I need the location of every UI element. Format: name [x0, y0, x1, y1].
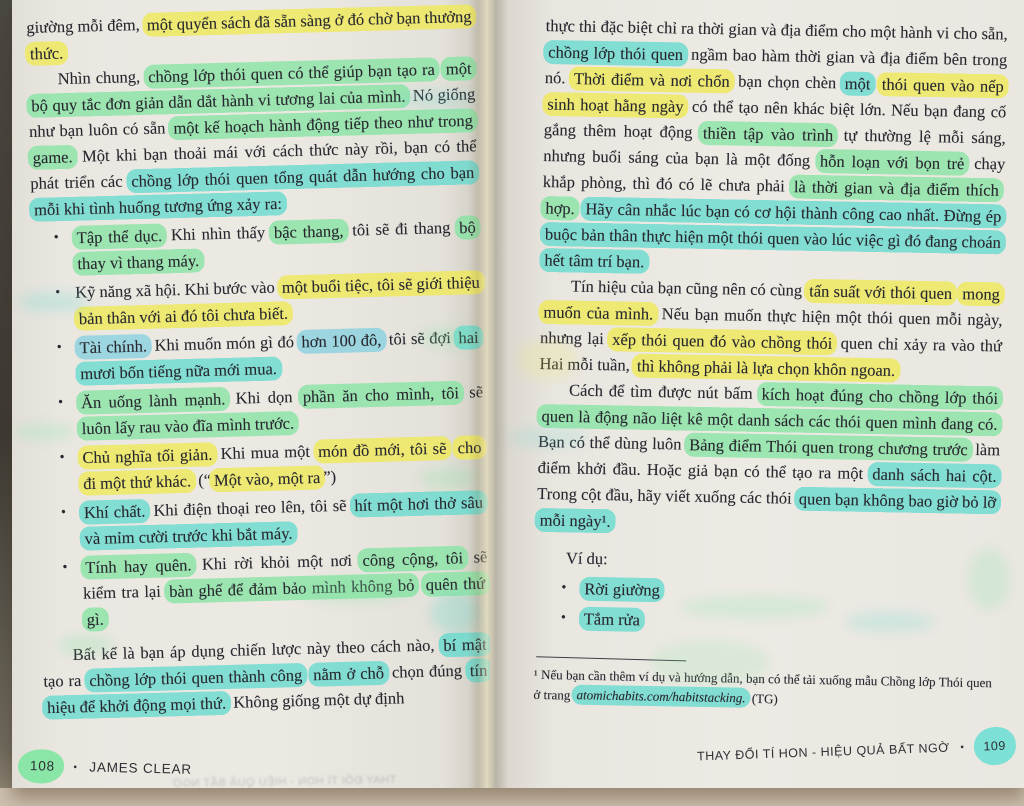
highlighted-text: xếp thói quen đó vào chồng thói: [607, 327, 838, 355]
footer-separator-dot: •: [73, 762, 78, 773]
highlighted-text: Chủ nghĩa tối giản.: [77, 442, 217, 470]
highlighted-text: hỗn loạn với bọn trẻ: [815, 148, 970, 175]
right-page-text: thực thi đặc biệt chỉ ra thời gian và đị…: [535, 13, 1008, 639]
bullet-dot: •: [54, 225, 60, 277]
highlighted-text: chồng lớp thói quen: [543, 39, 688, 66]
text-run: ”): [323, 467, 336, 486]
text-run: Bất kể là bạn áp dụng chiến lược này the…: [73, 635, 441, 664]
highlighted-text: hơn 100 đô,: [296, 327, 386, 353]
bullet-dot: •: [56, 335, 62, 387]
paragraph: Ví dụ:: [536, 545, 998, 579]
text-run: tạo ra: [43, 671, 86, 691]
bullet-text: Tắm rửa: [581, 606, 998, 640]
paragraph: ¹ Nếu bạn cần thêm ví dụ và hướng dẫn, b…: [533, 665, 992, 712]
bullet-dot: •: [55, 280, 61, 332]
text-run: Khi muốn món gì đó: [150, 332, 299, 355]
highlighted-text: bàn ghế để đảm bảo mình không bỏ: [164, 572, 420, 603]
text-run: (TG): [748, 690, 778, 706]
text-run: chọn đúng: [387, 661, 467, 682]
bullet-item: •Rời giường: [535, 575, 997, 609]
paragraph: Cách để tìm được nút bấm kích hoạt đúng …: [536, 377, 1001, 541]
highlighted-text: Tắm rửa: [579, 606, 646, 631]
bullet-dot: •: [561, 575, 566, 601]
bullet-item: •Tập thể dục. Khi nhìn thấy bậc thang, t…: [32, 214, 480, 278]
left-page-footer: 108 • JAMES CLEAR: [28, 758, 192, 777]
text-run: Khi nhìn thấy: [165, 223, 271, 245]
bullet-dot: •: [58, 390, 64, 442]
highlighted-text: bậc thang,: [269, 218, 349, 244]
right-footer-label: THAY ĐỔI TÍ HON - HIỆU QUẢ BẤT NGỜ: [697, 741, 950, 764]
highlighted-text: thì không phải là lựa chọn khôn ngoan.: [632, 353, 901, 382]
bullet-text: Tài chính. Khi muốn món gì đó hơn 100 đô…: [76, 324, 482, 387]
text-run: tôi sẽ đợi: [384, 328, 456, 349]
text-run: Khi mua một: [215, 442, 315, 464]
right-page-number: 109: [973, 726, 1017, 765]
text-run: sẽ: [462, 382, 484, 402]
highlighted-text: Khí chất.: [79, 498, 151, 524]
text-run: giường mỗi đêm,: [26, 15, 144, 37]
text-run: bạn chọn chèn: [733, 71, 842, 92]
text-run: Khi điện thoại reo lên, tôi sẽ: [148, 496, 352, 520]
bullet-text: Kỹ năng xã hội. Khi bước vào một buổi ti…: [75, 269, 481, 332]
bullet-dot: •: [61, 500, 67, 552]
highlighted-text: Tập thể dục.: [71, 223, 167, 249]
paragraph: Bất kể là bạn áp dụng chiến lược này the…: [42, 631, 490, 721]
bullet-text: Chủ nghĩa tối giản. Khi mua một món đồ m…: [79, 434, 485, 497]
highlighted-text: nằm ở chỗ: [308, 660, 389, 686]
highlighted-text: Ăn uống lành mạnh.: [76, 386, 231, 414]
bullet-item: •Kỹ năng xã hội. Khi bước vào một buổi t…: [33, 269, 481, 333]
highlighted-text: Rời giường: [579, 576, 665, 602]
bullet-text: Khí chất. Khi điện thoại reo lên, tôi sẽ…: [81, 489, 487, 552]
highlighted-text: một: [840, 71, 876, 96]
footnote-separator: [536, 656, 686, 661]
highlighted-text: Bảng điểm Thói quen trong chương trước: [684, 432, 973, 461]
paragraph: thực thi đặc biệt chỉ ra thời gian và đị…: [541, 13, 1008, 281]
bullet-item: •Ăn uống lành mạnh. Khi dọn phần ăn cho …: [36, 379, 484, 443]
bullet-dot: •: [62, 555, 69, 633]
highlighted-text: món đồ mới, tôi sẽ: [313, 436, 452, 464]
highlighted-text: tấn suất với thói quen: [804, 278, 957, 305]
bullet-text: Tập thể dục. Khi nhìn thấy bậc thang, tô…: [73, 214, 479, 277]
bullet-text: Rời giường: [581, 576, 998, 610]
showthrough-footer-text: THAY ĐỔI TÍ HON - HIỆU QUẢ BẤT NGỜ: [172, 774, 396, 788]
bullet-text: Ăn uống lành mạnh. Khi dọn phần ăn cho m…: [78, 379, 484, 442]
left-page-text: giường mỗi đêm, một quyển sách đã sẵn sà…: [26, 3, 490, 720]
page-right: thực thi đặc biệt chỉ ra thời gian và đị…: [490, 0, 1024, 788]
bullet-dot: •: [59, 445, 65, 497]
highlighted-text: thiền tập vào trình: [698, 120, 839, 147]
text-run: Bạn có thể dùng luôn: [538, 432, 686, 454]
text-run: Khi rời khỏi một nơi: [194, 550, 359, 573]
text-run: Không giống một dự định: [229, 688, 405, 712]
paragraph: Tín hiệu của bạn cũng nên có cùng tấn su…: [539, 273, 1003, 385]
bullet-dot: •: [561, 605, 566, 631]
highlighted-text: phần ăn cho mình, tôi: [297, 380, 464, 408]
highlighted-text: Tính hay quên.: [80, 552, 197, 579]
highlighted-text: danh sách hai cột.: [867, 461, 1002, 487]
text-run: Kỹ năng xã hội. Khi bước vào: [75, 277, 279, 301]
left-page-number: 108: [18, 749, 65, 784]
bullet-item: •Khí chất. Khi điện thoại reo lên, tôi s…: [39, 489, 487, 553]
highlighted-text: Một vào, một ra: [209, 465, 326, 492]
highlighted-text: Tài chính.: [74, 333, 152, 359]
open-book: giường mỗi đêm, một quyển sách đã sẵn sà…: [12, 0, 1024, 788]
right-page-content: thực thi đặc biệt chỉ ra thời gian và đị…: [533, 13, 1008, 712]
footnote: ¹ Nếu bạn cần thêm ví dụ và hướng dẫn, b…: [533, 665, 992, 712]
text-run: Cách để tìm được nút bấm: [569, 380, 759, 402]
text-run: Khi dọn: [228, 387, 300, 408]
left-footer-label: JAMES CLEAR: [89, 760, 192, 777]
highlighted-text: công cộng, tôi: [357, 545, 468, 572]
text-run: Nhìn chung,: [57, 67, 145, 88]
text-run: Ví dụ:: [566, 548, 608, 568]
highlighted-text: atomichabits.com/habitstacking.: [571, 685, 750, 708]
text-run: Tín hiệu của bạn cũng nên có cùng: [571, 277, 807, 300]
text-run: tôi sẽ đi thang: [346, 218, 456, 240]
bullet-item: •Tắm rửa: [535, 605, 997, 639]
highlighted-text: Hãy cân nhắc lúc bạn có cơ hội thành côn…: [539, 196, 1006, 273]
bullet-text: Tính hay quên. Khi rời khỏi một nơi công…: [82, 544, 489, 633]
highlighted-text: Thời điểm và nơi chốn: [569, 66, 735, 93]
text-run: thực thi đặc biệt chỉ ra thời gian và đị…: [546, 16, 1008, 43]
right-page-footer: THAY ĐỔI TÍ HON - HIỆU QUẢ BẤT NGỜ • 109: [697, 739, 1010, 764]
highlighted-text: luôn lấy rau vào đĩa mình trước.: [76, 410, 299, 440]
highlighted-text: chồng lớp thói quen thành công: [84, 662, 308, 692]
highlighted-text: bí mật: [438, 632, 490, 657]
bullet-item: •Tài chính. Khi muốn món gì đó hơn 100 đ…: [34, 324, 482, 388]
page-left: giường mỗi đêm, một quyển sách đã sẵn sà…: [12, 0, 490, 788]
bullet-item: •Tính hay quên. Khi rời khỏi một nơi côn…: [40, 544, 489, 634]
text-run: Trong cột đầu, hãy viết xuống các thói: [537, 484, 796, 508]
bullet-item: •Chủ nghĩa tối giản. Khi mua một món đồ …: [37, 434, 485, 498]
footer-separator-dot: •: [960, 742, 964, 753]
paragraph: Nhìn chung, chồng lớp thói quen có thể g…: [27, 55, 478, 223]
